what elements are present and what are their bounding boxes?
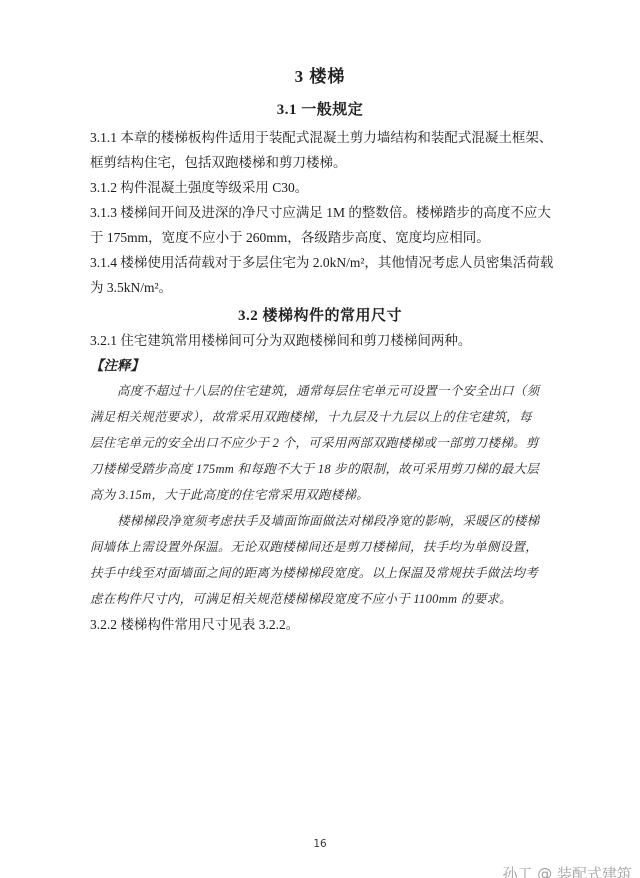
clause-3-1-3-line-1: 3.1.3 楼梯间开间及进深的净尺寸应满足 1M 的整数倍。楼梯踏步的高度不应大	[90, 200, 556, 225]
note-para-2-line-1: 楼梯梯段净宽须考虑扶手及墙面饰面做法对梯段净宽的影响，采暖区的楼梯	[90, 508, 556, 534]
note-para-1-line-2: 满足相关规范要求），故常采用双跑楼梯，十九层及十九层以上的住宅建筑，每	[90, 404, 556, 430]
section-3-1-heading: 3.1 一般规定	[0, 98, 640, 122]
clause-3-1-4-line-2: 为 3.5kN/m²。	[90, 275, 556, 300]
clause-3-2-2-line: 3.2.2 楼梯构件常用尺寸见表 3.2.2。	[90, 612, 556, 637]
page-number: 16	[0, 838, 640, 850]
clause-3-1-3-line-2: 于 175mm，宽度不应小于 260mm，各级踏步高度、宽度均应相同。	[90, 225, 556, 250]
watermark: 孙工 @ 装配式建筑	[502, 867, 632, 878]
note-label: 【注释】	[90, 353, 556, 378]
note-para-2-line-2: 间墙体上需设置外保温。无论双跑楼梯间还是剪刀楼梯间，扶手均为单侧设置，	[90, 534, 556, 560]
section-3-2-body: 3.2.1 住宅建筑常用楼梯间可分为双跑楼梯间和剪刀楼梯间两种。 【注释】 高度…	[90, 328, 556, 637]
clause-3-1-2-line: 3.1.2 构件混凝土强度等级采用 C30。	[90, 175, 556, 200]
note-para-2-line-3: 扶手中线至对面墙面之间的距离为楼梯梯段宽度。以上保温及常规扶手做法均考	[90, 560, 556, 586]
note-para-1-line-4: 刀楼梯受踏步高度 175mm 和每跑不大于 18 步的限制，故可采用剪刀梯的最大…	[90, 456, 556, 482]
chapter-title: 3 楼梯	[0, 0, 640, 88]
clause-3-2-1-line: 3.2.1 住宅建筑常用楼梯间可分为双跑楼梯间和剪刀楼梯间两种。	[90, 328, 556, 353]
note-para-2-line-4: 虑在构件尺寸内，可满足相关规范楼梯梯段宽度不应小于 1100mm 的要求。	[90, 586, 556, 612]
section-3-2-heading: 3.2 楼梯构件的常用尺寸	[0, 304, 640, 328]
section-3-1-body: 3.1.1 本章的楼梯板构件适用于装配式混凝土剪力墙结构和装配式混凝土框架、 框…	[90, 125, 556, 300]
clause-3-1-1-line-1: 3.1.1 本章的楼梯板构件适用于装配式混凝土剪力墙结构和装配式混凝土框架、	[90, 125, 556, 150]
note-para-1-line-3: 层住宅单元的安全出口不应少于 2 个，可采用两部双跑楼梯或一部剪刀楼梯。剪	[90, 430, 556, 456]
document-page: 3 楼梯 3.1 一般规定 3.1.1 本章的楼梯板构件适用于装配式混凝土剪力墙…	[0, 0, 640, 878]
clause-3-1-4-line-1: 3.1.4 楼梯使用活荷载对于多层住宅为 2.0kN/m²，其他情况考虑人员密集…	[90, 250, 556, 275]
note-para-1-line-1: 高度不超过十八层的住宅建筑，通常每层住宅单元可设置一个安全出口（须	[90, 378, 556, 404]
note-para-1-line-5: 高为 3.15m，大于此高度的住宅常采用双跑楼梯。	[90, 482, 556, 508]
clause-3-1-1-line-2: 框剪结构住宅，包括双跑楼梯和剪刀楼梯。	[90, 150, 556, 175]
